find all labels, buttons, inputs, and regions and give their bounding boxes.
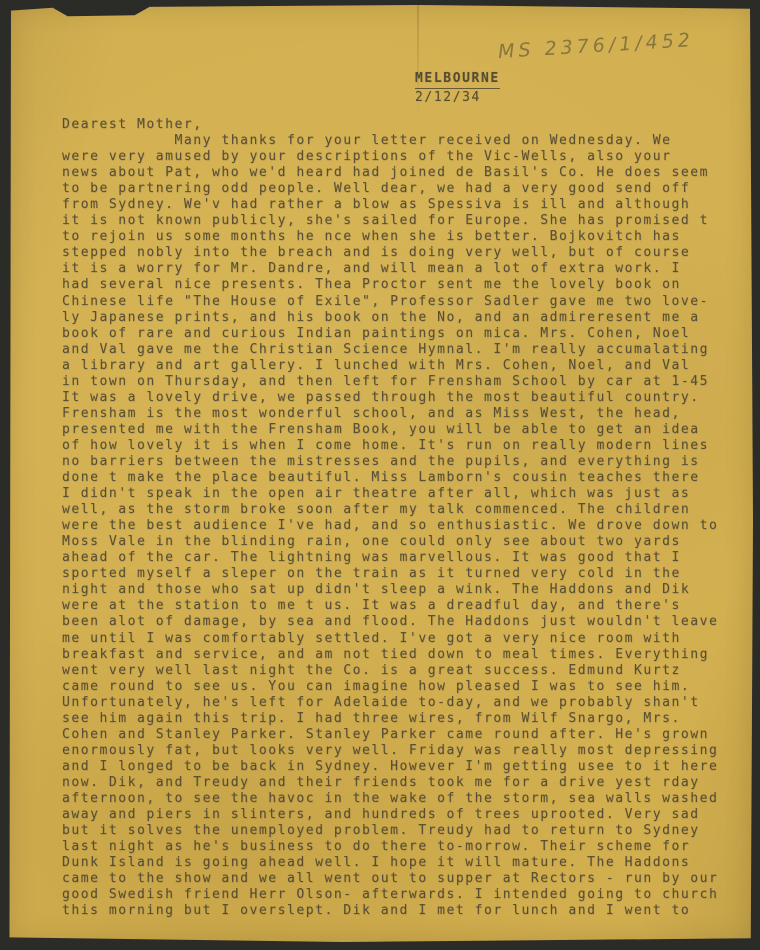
scan-background: MS 2376/1/452 MELBOURNE 2/12/34 Dearest … [0,0,760,950]
letterhead-date: 2/12/34 [415,90,500,106]
archive-reference-number: MS 2376/1/452 [498,29,695,63]
letter-body-text: Dearest Mother, Many thanks for your let… [62,117,718,919]
letterhead-place: MELBOURNE [415,71,500,89]
letterhead: MELBOURNE 2/12/34 [415,71,500,106]
letter-paper: MS 2376/1/452 MELBOURNE 2/12/34 Dearest … [8,5,753,942]
